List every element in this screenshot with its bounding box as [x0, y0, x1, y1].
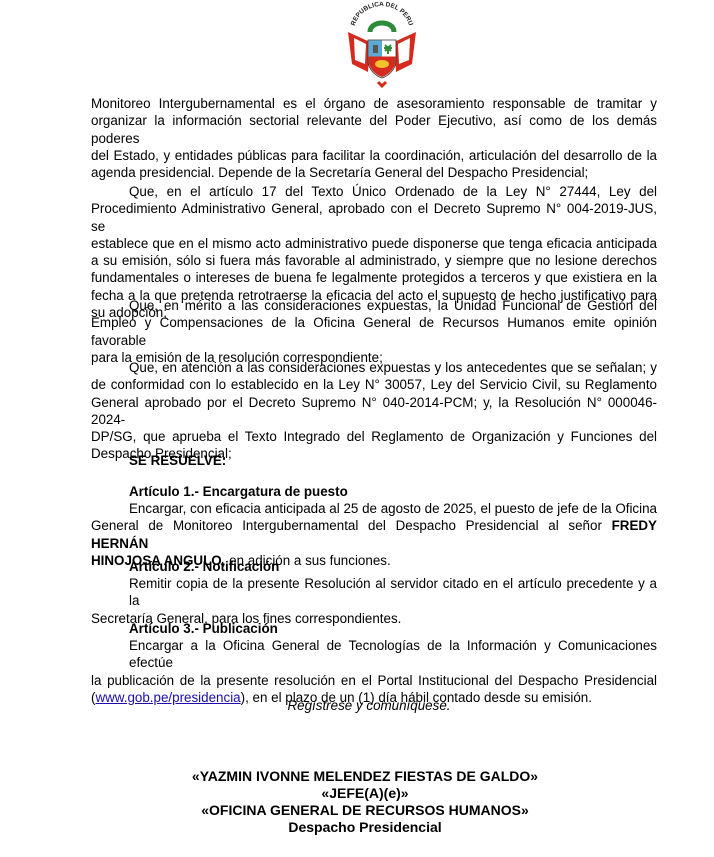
article-1-title: Artículo 1.- Encargatura de puesto — [129, 484, 348, 499]
text-line: la publicación de la presente resolución… — [91, 672, 657, 689]
text-line: del Estado, y entidades públicas para fa… — [91, 147, 657, 164]
text-line: Encargar, con eficacia anticipada al 25 … — [91, 500, 657, 517]
paragraph-merito: Que, en mérito a las consideraciones exp… — [91, 297, 657, 366]
paragraph-organ-description: Monitoreo Intergubernamental es el órgan… — [91, 95, 657, 181]
signature-block: «YAZMIN IVONNE MELENDEZ FIESTAS DE GALDO… — [8, 768, 714, 836]
signatory-entity: Despacho Presidencial — [8, 819, 714, 836]
text-line: agenda presidencial. Depende de la Secre… — [91, 164, 657, 181]
text-line: Encargar a la Oficina General de Tecnolo… — [91, 637, 657, 672]
signatory-role: «JEFE(A)(e)» — [8, 785, 714, 802]
text-line: Remitir copia de la presente Resolución … — [91, 575, 657, 610]
text-line: organizar la información sectorial relev… — [91, 112, 657, 147]
article-3-body: Encargar a la Oficina General de Tecnolo… — [91, 637, 657, 706]
text-line: General aprobado por el Decreto Supremo … — [91, 394, 657, 429]
text-line: Que, en el artículo 17 del Texto Único O… — [91, 183, 657, 200]
signatory-name: «YAZMIN IVONNE MELENDEZ FIESTAS DE GALDO… — [8, 768, 714, 785]
text-line: Que, en atención a las consideraciones e… — [91, 359, 657, 376]
text-line: establece que en el mismo acto administr… — [91, 235, 657, 252]
text-line: a su emisión, sólo si fuera más favorabl… — [91, 252, 657, 269]
signatory-office: «OFICINA GENERAL DE RECURSOS HUMANOS» — [8, 802, 714, 819]
text-line: Empleo y Compensaciones de la Oficina Ge… — [91, 314, 657, 349]
text-line: Monitoreo Intergubernamental es el órgan… — [91, 95, 657, 112]
text-line: de conformidad con lo establecido en la … — [91, 376, 657, 393]
text-line: DP/SG, que aprueba el Texto Integrado de… — [91, 428, 657, 445]
text-line: fundamentales o intereses de buena fe le… — [91, 269, 657, 286]
article-2-title: Artículo 2.- Notificación — [129, 559, 279, 574]
article-2-body: Remitir copia de la presente Resolución … — [91, 575, 657, 627]
se-resuelve-heading: SE RESUELVE: — [129, 453, 226, 468]
text-segment: General de Monitoreo Intergubernamental … — [91, 518, 612, 533]
article-3-title: Artículo 3.- Publicación — [129, 621, 278, 636]
text-line: Que, en mérito a las consideraciones exp… — [91, 297, 657, 314]
text-line: Procedimiento Administrativo General, ap… — [91, 200, 657, 235]
text-line: General de Monitoreo Intergubernamental … — [91, 517, 657, 552]
peru-coat-of-arms-icon: REPUBLICA DEL PERU — [340, 2, 424, 88]
paragraph-atencion: Que, en atención a las consideraciones e… — [91, 359, 657, 463]
closing-formula: Regístrese y comuníquese. — [12, 698, 714, 713]
